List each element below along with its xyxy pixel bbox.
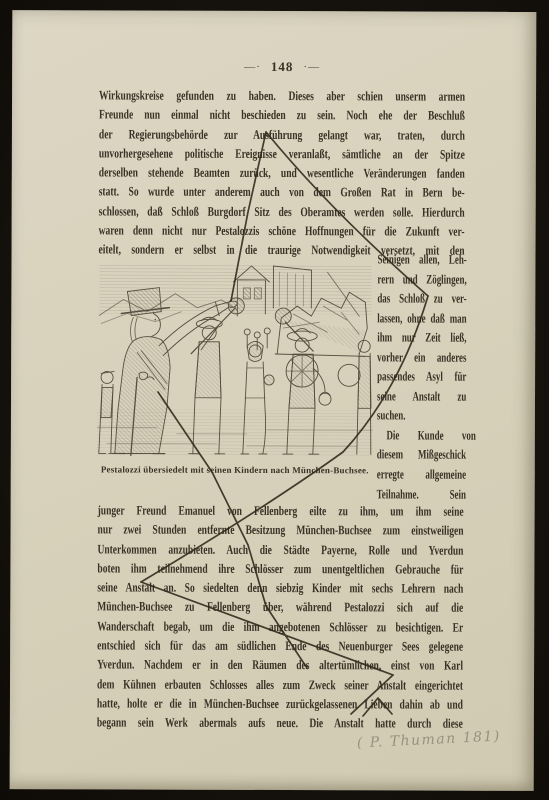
text-line: seine Anstalt an. So siedelten denn sieb… xyxy=(97,580,463,601)
body-text-top: Wirkungskreise gefunden zu haben. Dieses… xyxy=(98,87,465,262)
text-line: München-Buchsee zu Fellenberg über, währ… xyxy=(97,599,463,620)
text-line: der Regierungsbehörde zur Ausführung gel… xyxy=(99,126,465,147)
text-line: Unterkommen anzubieten. Auch die Städte … xyxy=(97,541,463,562)
header-ornament-right: ·— xyxy=(303,61,320,73)
text-line: das Schloß zu ver- xyxy=(377,290,466,310)
text-line: suchen. xyxy=(377,408,466,428)
text-line: derselben stehende Beamten zurück, und w… xyxy=(99,165,465,186)
page-number: 148 xyxy=(271,59,294,74)
text-line: boten ihm teilnehmend ihre Schlösser zum… xyxy=(97,560,463,581)
text-line: rern und Zöglingen, xyxy=(377,271,466,291)
engraving-figure: Pestalozzi übersiedelt mit seinen Kinder… xyxy=(97,257,374,475)
text-line: Die Kunde von xyxy=(377,427,476,447)
text-line: ihm nur Zeit ließ, xyxy=(377,330,466,350)
text-line: lassen, ohne daß man xyxy=(377,310,466,330)
text-line: hatte, holte er die in München-Buchsee z… xyxy=(97,695,463,716)
text-line: Yverdun. Nachdem er in den Räumen des al… xyxy=(97,657,463,678)
text-line: Wirkungskreise gefunden zu haben. Dieses… xyxy=(99,87,465,108)
text-line: nur zwei Stunden entfernte Besitzung Mün… xyxy=(98,522,464,543)
text-line: erregte allgemeine xyxy=(377,466,466,486)
text-line: Wanderschaft begab, um die ihm angeboten… xyxy=(97,618,463,639)
engraving-caption: Pestalozzi übersiedelt mit seinen Kinder… xyxy=(97,464,373,475)
text-line: dem Kühnen erbauten Schlosses alles zum … xyxy=(97,676,463,697)
book-page: —·148·— Wirkungskreise gefunden zu haben… xyxy=(10,10,537,791)
text-line: passendes Asyl für xyxy=(377,369,466,389)
text-line: vorher ein anderes xyxy=(377,349,466,369)
text-line: unvorhergesehene politische Ereignisse v… xyxy=(99,145,465,166)
text-line: seine Anstalt zu xyxy=(377,388,466,408)
body-text-bottom: junger Freund Emanuel von Fellenberg eil… xyxy=(97,502,464,735)
scan-background: —·148·— Wirkungskreise gefunden zu haben… xyxy=(0,0,549,800)
text-line: schlossen, daß Schloß Burgdorf Sitz des … xyxy=(99,203,465,224)
header-ornament-left: —· xyxy=(244,61,261,73)
text-line: Seinigen allen, Leh- xyxy=(377,251,466,271)
text-line: statt. So wurde unter anderem auch von d… xyxy=(99,184,465,205)
text-line: diesem Mißgeschick xyxy=(377,447,466,467)
text-line: junger Freund Emanuel von Fellenberg eil… xyxy=(98,502,464,523)
text-line: waren denn nicht nur Pestalozzis schöne … xyxy=(99,222,465,243)
body-text-right-column: Seinigen allen, Leh-rern und Zöglingen,d… xyxy=(377,251,470,505)
engraving-pestalozzi-icon xyxy=(97,257,374,458)
text-line: entschied sich für das am südlichen Ende… xyxy=(97,637,463,658)
page-header: —·148·— xyxy=(99,58,465,75)
text-line: Freunde nun einmal nicht beschieden zu s… xyxy=(99,107,465,128)
